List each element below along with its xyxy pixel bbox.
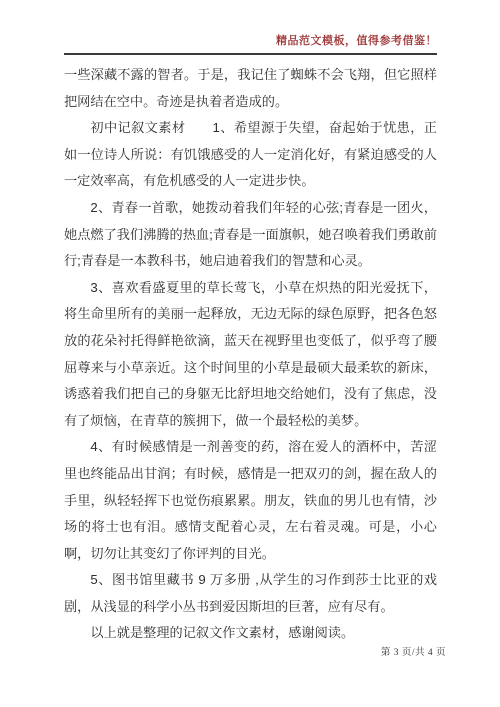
document-page: 精品范文模板，值得参考借鉴！ 一些深藏不露的智者。于是，我记住了蜘蛛不会飞翔，但… (0, 0, 500, 707)
paragraph-intro: 初中记叙文素材 1、希望源于失望，奋起始于忧患，正如一位诗人所说：有饥饿感受的人… (64, 115, 437, 195)
paragraph-continuation: 一些深藏不露的智者。于是，我记住了蜘蛛不会飞翔，但它照样把网结在空中。奇迹是执着… (64, 62, 437, 115)
document-body: 一些深藏不露的智者。于是，我记住了蜘蛛不会飞翔，但它照样把网结在空中。奇迹是执着… (64, 62, 437, 647)
paragraph-item-3: 3、喜欢看盛夏里的草长莺飞，小草在炽热的阳光爱抚下，将生命里所有的美丽一起释放，… (64, 275, 437, 435)
page-number: 第 3 页/共 4 页 (381, 648, 446, 658)
paragraph-item-2: 2、青春一首歌，她拨动着我们年轻的心弦;青春是一团火，她点燃了我们沸腾的热血;青… (64, 195, 437, 275)
paragraph-item-5: 5、图书馆里藏书 9 万多册 ,从学生的习作到莎士比亚的戏剧，从浅显的科学小丛书… (64, 567, 437, 620)
page-header: 精品范文模板，值得参考借鉴！ (64, 0, 437, 55)
paragraph-item-4: 4、有时候感情是一剂善变的药，溶在爱人的酒杯中，苦涩里也终能品出甘润；有时候，感… (64, 434, 437, 567)
page-footer: 第 3 页/共 4 页 (381, 642, 446, 660)
header-slogan: 精品范文模板，值得参考借鉴！ (276, 35, 437, 47)
